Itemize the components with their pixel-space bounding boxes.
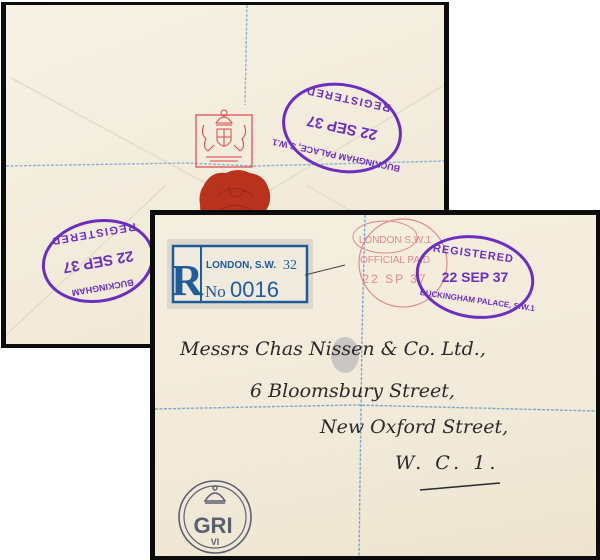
registration-number: 0016 xyxy=(230,277,279,302)
registered-postmark-oval-partial: BUCKINGHAM 22 SEP 37 REGISTERED xyxy=(37,212,159,310)
royal-cypher-gri-vi: GRI VI xyxy=(179,481,251,553)
postmark-registered-text: REGISTERED xyxy=(49,220,136,247)
cypher-text: GRI xyxy=(193,513,232,538)
registration-label: R LONDON, S.W. 32 No 0016 xyxy=(167,239,345,309)
registration-letter-r: R xyxy=(171,256,204,305)
royal-arms-icon xyxy=(196,110,252,167)
postmark-date-text: 22 SEP 37 xyxy=(305,112,378,143)
registration-office-number: 32 xyxy=(283,258,297,273)
address-line-2: 6 Bloomsbury Street, xyxy=(250,380,455,402)
postmark-date-text: 22 SEP 37 xyxy=(442,269,509,285)
crown-icon xyxy=(205,486,225,503)
postmark-palace-text: BUCKINGHAM PALACE, S.W.1 xyxy=(271,137,401,174)
address-line-1: Messrs Chas Nissen & Co. Ltd., xyxy=(179,338,486,360)
address-line-4: W. C. 1. xyxy=(395,452,499,474)
postmark-palace-text: BUCKINGHAM PALACE, S.W.1 xyxy=(419,288,536,313)
cypher-numeral: VI xyxy=(211,537,220,547)
paid-location-text: LONDON S.W.1 xyxy=(359,235,432,246)
front-envelope-drawing: R LONDON, S.W. 32 No 0016 LONDON S.W.1 O… xyxy=(155,215,596,556)
registration-office-text: LONDON, S.W. xyxy=(206,260,276,271)
postmark-registered-text: REGISTERED xyxy=(432,242,514,265)
address-underline xyxy=(420,483,500,490)
address-line-3: New Oxford Street, xyxy=(319,416,508,438)
front-envelope: R LONDON, S.W. 32 No 0016 LONDON S.W.1 O… xyxy=(155,215,596,556)
registration-crossing-lines xyxy=(6,5,444,166)
postmark-date-text: 22 SEP 37 xyxy=(61,247,134,276)
registration-number-prefix: No xyxy=(205,282,226,301)
registered-postmark-oval: BUCKINGHAM PALACE, S.W.1 22 SEP 37 REGIS… xyxy=(271,74,413,183)
